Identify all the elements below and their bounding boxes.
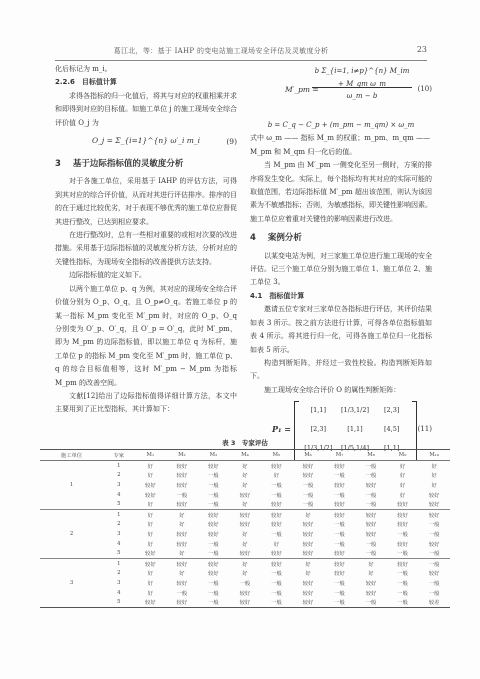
table-row: 23好较好较好好一般较好一般较好一般一般 <box>40 529 450 539</box>
rating-cell: 好 <box>135 509 167 519</box>
rating-cell: 一般 <box>418 520 450 530</box>
rating-cell: 好 <box>418 480 450 490</box>
rating-cell: 较好 <box>324 509 356 519</box>
rating-cell: 一般 <box>198 480 230 490</box>
rating-cell: 一般 <box>261 529 293 539</box>
rating-cell: 好 <box>292 558 324 568</box>
rating-cell: 好 <box>229 499 261 509</box>
expert-cell: 3 <box>103 578 135 588</box>
rating-cell: 好 <box>166 509 198 519</box>
rating-cell: 较好 <box>292 471 324 481</box>
rating-cell: 较好 <box>166 578 198 588</box>
rating-cell: 一般 <box>324 490 356 500</box>
rating-cell: 较好 <box>324 480 356 490</box>
rating-cell: 好 <box>292 569 324 579</box>
unit-cell <box>40 597 103 607</box>
section-heading-4: 4案例分析 <box>250 232 432 245</box>
table-row: 4较好一般一般较好一般一般一般一般好较好 <box>40 490 450 500</box>
rating-cell: 好 <box>135 499 167 509</box>
expert-cell: 2 <box>103 520 135 530</box>
column-header: M₇ <box>324 450 356 461</box>
expert-cell: 5 <box>103 597 135 607</box>
rating-cell: 较好 <box>135 548 167 558</box>
table-row: 13较好较好一般好一般一般较好较好好好 <box>40 480 450 490</box>
rating-cell: 好 <box>292 509 324 519</box>
expert-cell: 4 <box>103 588 135 598</box>
unit-cell <box>40 588 103 598</box>
paragraph: 边际指标值的定义如下。 <box>55 269 237 282</box>
rating-cell: 较好 <box>198 520 230 530</box>
table-row: 5较好好一般较好较好较好较好一般一般一般 <box>40 548 450 558</box>
rating-cell: 较好 <box>324 548 356 558</box>
rating-cell: 一般 <box>292 480 324 490</box>
expert-evaluation-table: 施工单位专家M₁M₂M₃M₄M₅M₆M₇M₈M₉M₁₀ 1好较好较好好较好较好较… <box>40 449 450 608</box>
rating-cell: 较好 <box>166 461 198 471</box>
matrix-lhs: P₁ = <box>272 423 291 436</box>
rating-cell: 较好 <box>355 520 387 530</box>
equation-9: O_j = Σ_{i=1}^{n} ω′_i m_i (9) <box>55 130 237 152</box>
rating-cell: 一般 <box>387 548 419 558</box>
rating-cell: 好 <box>418 461 450 471</box>
equation-denominator: ω_m − b <box>312 90 412 103</box>
rating-cell: 较好 <box>292 588 324 598</box>
unit-cell <box>40 499 103 509</box>
rating-cell: 一般 <box>355 499 387 509</box>
rating-cell: 一般 <box>324 597 356 607</box>
running-title: 葛江北，等：基于 IAHP 的变电站施工现场安全评估及灵敏度分析 <box>55 46 387 56</box>
rating-cell: 较好 <box>292 461 324 471</box>
column-header: 施工单位 <box>40 450 103 461</box>
rating-cell: 一般 <box>198 588 230 598</box>
rating-cell: 一般 <box>355 461 387 471</box>
rating-cell: 好 <box>166 569 198 579</box>
paragraph: 当 M_pm 由 M′_pm 一侧变化至另一侧时，方案的排序将发生变化。实际上，… <box>250 159 432 226</box>
rating-cell: 一般 <box>292 499 324 509</box>
rating-cell: 较好 <box>387 539 419 549</box>
unit-cell: 3 <box>40 578 103 588</box>
rating-cell: 较好 <box>166 539 198 549</box>
rating-cell: 较好 <box>135 597 167 607</box>
unit-cell <box>40 509 103 519</box>
rating-cell: 一般 <box>292 490 324 500</box>
rating-cell: 好 <box>135 569 167 579</box>
rating-cell: 较好 <box>166 471 198 481</box>
rating-cell: 较好 <box>261 548 293 558</box>
equation-number: (11) <box>418 423 432 436</box>
rating-cell: 较好 <box>418 509 450 519</box>
left-column: 化后标记为 m_i。 2.2.6 目标值计算 求得各指标的归一化值后，将其与对应… <box>55 63 237 417</box>
rating-cell: 好 <box>135 588 167 598</box>
rating-cell: 较好 <box>229 520 261 530</box>
table-row: 2好好较好较好较好较好一般较好较好一般 <box>40 520 450 530</box>
table-row: 5较好较好一般较好一般较好一般一般一般较差 <box>40 597 450 607</box>
rating-cell: 好 <box>229 461 261 471</box>
column-header: 专家 <box>103 450 135 461</box>
rating-cell: 一般 <box>387 569 419 579</box>
rating-cell: 一般 <box>387 597 419 607</box>
column-header: M₁ <box>135 450 167 461</box>
rating-cell: 好 <box>229 558 261 568</box>
rating-cell: 较好 <box>198 509 230 519</box>
column-header: M₄ <box>229 450 261 461</box>
rating-cell: 较好 <box>355 588 387 598</box>
table-row: 1较好较好较好好较好好较好好较好一般 <box>40 558 450 568</box>
paper-page: 葛江北，等：基于 IAHP 的变电站施工现场安全评估及灵敏度分析 23 化后标记… <box>0 0 480 679</box>
rating-cell: 较好 <box>229 548 261 558</box>
rating-cell: 好 <box>387 471 419 481</box>
rating-cell: 一般 <box>261 597 293 607</box>
table-row: 2好较好一般好好较好一般一般好好 <box>40 471 450 481</box>
rating-cell: 较好 <box>166 558 198 568</box>
rating-cell: 一般 <box>166 490 198 500</box>
matrix-cell: [1/3,1/2] <box>337 403 374 418</box>
running-header: 葛江北，等：基于 IAHP 的变电站施工现场安全评估及灵敏度分析 23 <box>55 42 427 61</box>
expert-cell: 2 <box>103 569 135 579</box>
rating-cell: 较好 <box>198 529 230 539</box>
rating-cell: 较好 <box>324 558 356 568</box>
expert-cell: 4 <box>103 490 135 500</box>
rating-cell: 一般 <box>418 529 450 539</box>
carry-line: 化后标记为 m_i。 <box>55 63 237 76</box>
paragraph: 对于各施工单位，采用基于 IAHP 的评估方法，可得到其对应的综合评价值，从而对… <box>55 175 237 229</box>
unit-cell <box>40 490 103 500</box>
paragraph: 求得各指标的归一化值后，将其与对应的权重相乘并求和即得到对应的目标值。如施工单位… <box>55 90 237 130</box>
rating-cell: 一般 <box>261 588 293 598</box>
rating-cell: 一般 <box>324 471 356 481</box>
unit-cell <box>40 548 103 558</box>
rating-cell: 一般 <box>324 520 356 530</box>
rating-cell: 较好 <box>292 578 324 588</box>
expert-cell: 2 <box>103 471 135 481</box>
page-number: 23 <box>417 45 427 54</box>
rating-cell: 较好 <box>261 509 293 519</box>
rating-cell: 好 <box>355 569 387 579</box>
rating-cell: 好 <box>261 539 293 549</box>
rating-cell: 较好 <box>166 480 198 490</box>
section-heading-3: 3基于边际指标值的灵敏度分析 <box>55 158 237 171</box>
rating-cell: 好 <box>135 539 167 549</box>
rating-cell: 一般 <box>418 588 450 598</box>
rating-cell: 一般 <box>261 480 293 490</box>
rating-cell: 好 <box>166 548 198 558</box>
rating-cell: 较好 <box>324 461 356 471</box>
rating-cell: 好 <box>261 471 293 481</box>
rating-cell: 好 <box>135 461 167 471</box>
rating-cell: 好 <box>418 471 450 481</box>
paragraph: 施工现场安全综合评价 O 的属性判断矩阵： <box>250 384 432 397</box>
equation-body: O_j = Σ_{i=1}^{n} ω′_i m_i <box>92 134 200 147</box>
rating-cell: 一般 <box>198 471 230 481</box>
rating-cell: 一般 <box>355 539 387 549</box>
rating-cell: 一般 <box>261 569 293 579</box>
table-row: 1好较好较好好较好较好较好一般好好 <box>40 461 450 471</box>
rating-cell: 一般 <box>355 597 387 607</box>
table-body: 1好较好较好好较好较好较好一般好好2好较好一般好好较好一般一般好好13较好较好一… <box>40 461 450 608</box>
rating-cell: 较好 <box>261 499 293 509</box>
table-row: 1好好较好较好较好好较好较好较好较好 <box>40 509 450 519</box>
paragraph: 邀请五位专家对三家单位各指标进行评估，其评价结果如表 3 所示。按之前方法进行计… <box>250 303 432 357</box>
column-header: M₅ <box>261 450 293 461</box>
rating-cell: 较好 <box>355 480 387 490</box>
matrix-cell: [1,1] <box>337 422 374 437</box>
b-definition: b = C_q − C_p + (m_pm − m_qm) × ω_m <box>250 119 432 132</box>
rating-cell: 较好 <box>292 597 324 607</box>
rating-cell: 较好 <box>135 558 167 568</box>
rating-cell: 较好 <box>261 558 293 568</box>
rating-cell: 较好 <box>166 597 198 607</box>
rating-cell: 一般 <box>387 588 419 598</box>
matrix-cell: [4,5] <box>373 422 410 437</box>
rating-cell: 较好 <box>387 499 419 509</box>
rating-cell: 一般 <box>387 529 419 539</box>
rating-cell: 较好 <box>292 520 324 530</box>
table-row: 2好好较好好一般好较好好一般较好 <box>40 569 450 579</box>
rating-cell: 好 <box>135 578 167 588</box>
rating-cell: 好 <box>135 471 167 481</box>
column-header: M₂ <box>166 450 198 461</box>
equation-number: (9) <box>226 135 237 148</box>
rating-cell: 一般 <box>355 548 387 558</box>
rating-cell: 较好 <box>166 499 198 509</box>
rating-cell: 较好 <box>418 499 450 509</box>
rating-cell: 一般 <box>324 588 356 598</box>
rating-cell: 较好 <box>292 529 324 539</box>
paragraph: 以某变电站为例，对三家施工单位进行施工现场的安全评估。记三个施工单位分别为施工单… <box>250 250 432 290</box>
rating-cell: 一般 <box>261 578 293 588</box>
unit-cell <box>40 558 103 568</box>
rating-cell: 好 <box>387 461 419 471</box>
equation-10: M′_pm = b Σ_{i=1, i≠p}^{n} M_im + M_qm ω… <box>250 63 432 119</box>
expert-cell: 1 <box>103 509 135 519</box>
where-text: 式中 ω_m —— 指标 M_m 的权重；m_pm、m_qm —— M_pm 和… <box>250 132 432 159</box>
rating-cell: 较好 <box>198 558 230 568</box>
rating-cell: 一般 <box>418 558 450 568</box>
rating-cell: 一般 <box>324 578 356 588</box>
section-heading-2-2-6: 2.2.6 目标值计算 <box>55 76 237 89</box>
column-header: M₃ <box>198 450 230 461</box>
expert-cell: 4 <box>103 539 135 549</box>
expert-cell: 3 <box>103 529 135 539</box>
rating-cell: 一般 <box>355 490 387 500</box>
table-row: 4好较好一般好好较好一般一般较好较好 <box>40 539 450 549</box>
rating-cell: 较好 <box>135 480 167 490</box>
rating-cell: 较好 <box>166 529 198 539</box>
column-header: M₈ <box>355 450 387 461</box>
rating-cell: 较好 <box>198 461 230 471</box>
rating-cell: 一般 <box>355 471 387 481</box>
unit-cell <box>40 461 103 471</box>
unit-cell <box>40 520 103 530</box>
table-row: 5好较好一般好较好一般较好一般较好较好 <box>40 499 450 509</box>
rating-cell: 好 <box>355 558 387 568</box>
rating-cell: 较好 <box>355 578 387 588</box>
rating-cell: 一般 <box>166 588 198 598</box>
rating-cell: 一般 <box>198 597 230 607</box>
unit-cell <box>40 539 103 549</box>
rating-cell: 较好 <box>135 490 167 500</box>
matrix-cell: [1,1] <box>300 403 337 418</box>
section-heading-4-1: 4.1 指标值计算 <box>250 290 432 303</box>
rating-cell: 好 <box>166 520 198 530</box>
rating-cell: 较好 <box>418 539 450 549</box>
rating-cell: 较好 <box>229 588 261 598</box>
rating-cell: 较好 <box>418 569 450 579</box>
unit-cell <box>40 569 103 579</box>
matrix-cell: [2,3] <box>300 422 337 437</box>
table-3: 表 3 专家评估 施工单位专家M₁M₂M₃M₄M₅M₆M₇M₈M₉M₁₀ 1好较… <box>40 437 450 608</box>
rating-cell: 好 <box>229 569 261 579</box>
expert-cell: 5 <box>103 499 135 509</box>
paragraph: 以两个施工单位 p、q 为例，其对应的现场安全综合评价值分别为 O_p、O_q，… <box>55 283 237 390</box>
rating-cell: 较好 <box>387 558 419 568</box>
rating-cell: 较好 <box>418 490 450 500</box>
fraction-bar <box>312 87 412 88</box>
paragraph: 在进行整改时，总有一些相对重要的或相对次要的改进措施。采用基于边际指标值的灵敏度… <box>55 229 237 269</box>
rating-cell: 较好 <box>292 539 324 549</box>
rating-cell: 较好 <box>355 509 387 519</box>
unit-cell: 1 <box>40 480 103 490</box>
matrix-cell: [2,3] <box>373 403 410 418</box>
unit-cell: 2 <box>40 529 103 539</box>
expert-cell: 1 <box>103 558 135 568</box>
rating-cell: 较好 <box>355 529 387 539</box>
rating-cell: 好 <box>229 539 261 549</box>
rating-cell: 较好 <box>261 520 293 530</box>
rating-cell: 较好 <box>229 509 261 519</box>
right-column: M′_pm = b Σ_{i=1, i≠p}^{n} M_im + M_qm ω… <box>250 63 432 461</box>
equation-number: (10) <box>418 83 432 96</box>
rating-cell: 较好 <box>387 509 419 519</box>
rating-cell: 较好 <box>229 490 261 500</box>
rating-cell: 一般 <box>418 548 450 558</box>
table-header-row: 施工单位专家M₁M₂M₃M₄M₅M₆M₇M₈M₉M₁₀ <box>40 450 450 461</box>
rating-cell: 一般 <box>229 578 261 588</box>
rating-cell: 较好 <box>198 569 230 579</box>
rating-cell: 一般 <box>198 539 230 549</box>
rating-cell: 较好 <box>229 597 261 607</box>
rating-cell: 一般 <box>198 578 230 588</box>
expert-cell: 1 <box>103 461 135 471</box>
rating-cell: 好 <box>135 520 167 530</box>
column-header: M₉ <box>387 450 419 461</box>
table-row: 33好较好一般一般一般较好一般较好一般一般 <box>40 578 450 588</box>
paragraph: 构造判断矩阵，并经过一致性校验。构造判断矩阵如下。 <box>250 357 432 384</box>
rating-cell: 一般 <box>198 499 230 509</box>
rating-cell: 一般 <box>387 578 419 588</box>
rating-cell: 一般 <box>324 539 356 549</box>
rating-cell: 较好 <box>292 548 324 558</box>
table-row: 4好一般一般较好一般较好一般较好一般一般 <box>40 588 450 598</box>
rating-cell: 好 <box>135 529 167 539</box>
column-header: M₁₀ <box>418 450 450 461</box>
rating-cell: 一般 <box>261 490 293 500</box>
rating-cell: 较好 <box>387 520 419 530</box>
unit-cell <box>40 471 103 481</box>
expert-cell: 5 <box>103 548 135 558</box>
rating-cell: 一般 <box>324 529 356 539</box>
table-caption: 表 3 专家评估 <box>40 437 450 449</box>
rating-cell: 较好 <box>324 499 356 509</box>
paragraph: 文献[12]给出了边际指标值得详细计算方法，本文中主要用到了正比型指标，其计算如… <box>55 390 237 417</box>
rating-cell: 一般 <box>198 490 230 500</box>
rating-cell: 好 <box>387 480 419 490</box>
rating-cell: 较差 <box>418 597 450 607</box>
expert-cell: 3 <box>103 480 135 490</box>
rating-cell: 好 <box>229 480 261 490</box>
rating-cell: 一般 <box>418 578 450 588</box>
column-header: M₆ <box>292 450 324 461</box>
rating-cell: 好 <box>229 529 261 539</box>
rating-cell: 一般 <box>198 548 230 558</box>
rating-cell: 好 <box>387 490 419 500</box>
rating-cell: 好 <box>229 471 261 481</box>
rating-cell: 较好 <box>324 569 356 579</box>
rating-cell: 较好 <box>261 461 293 471</box>
